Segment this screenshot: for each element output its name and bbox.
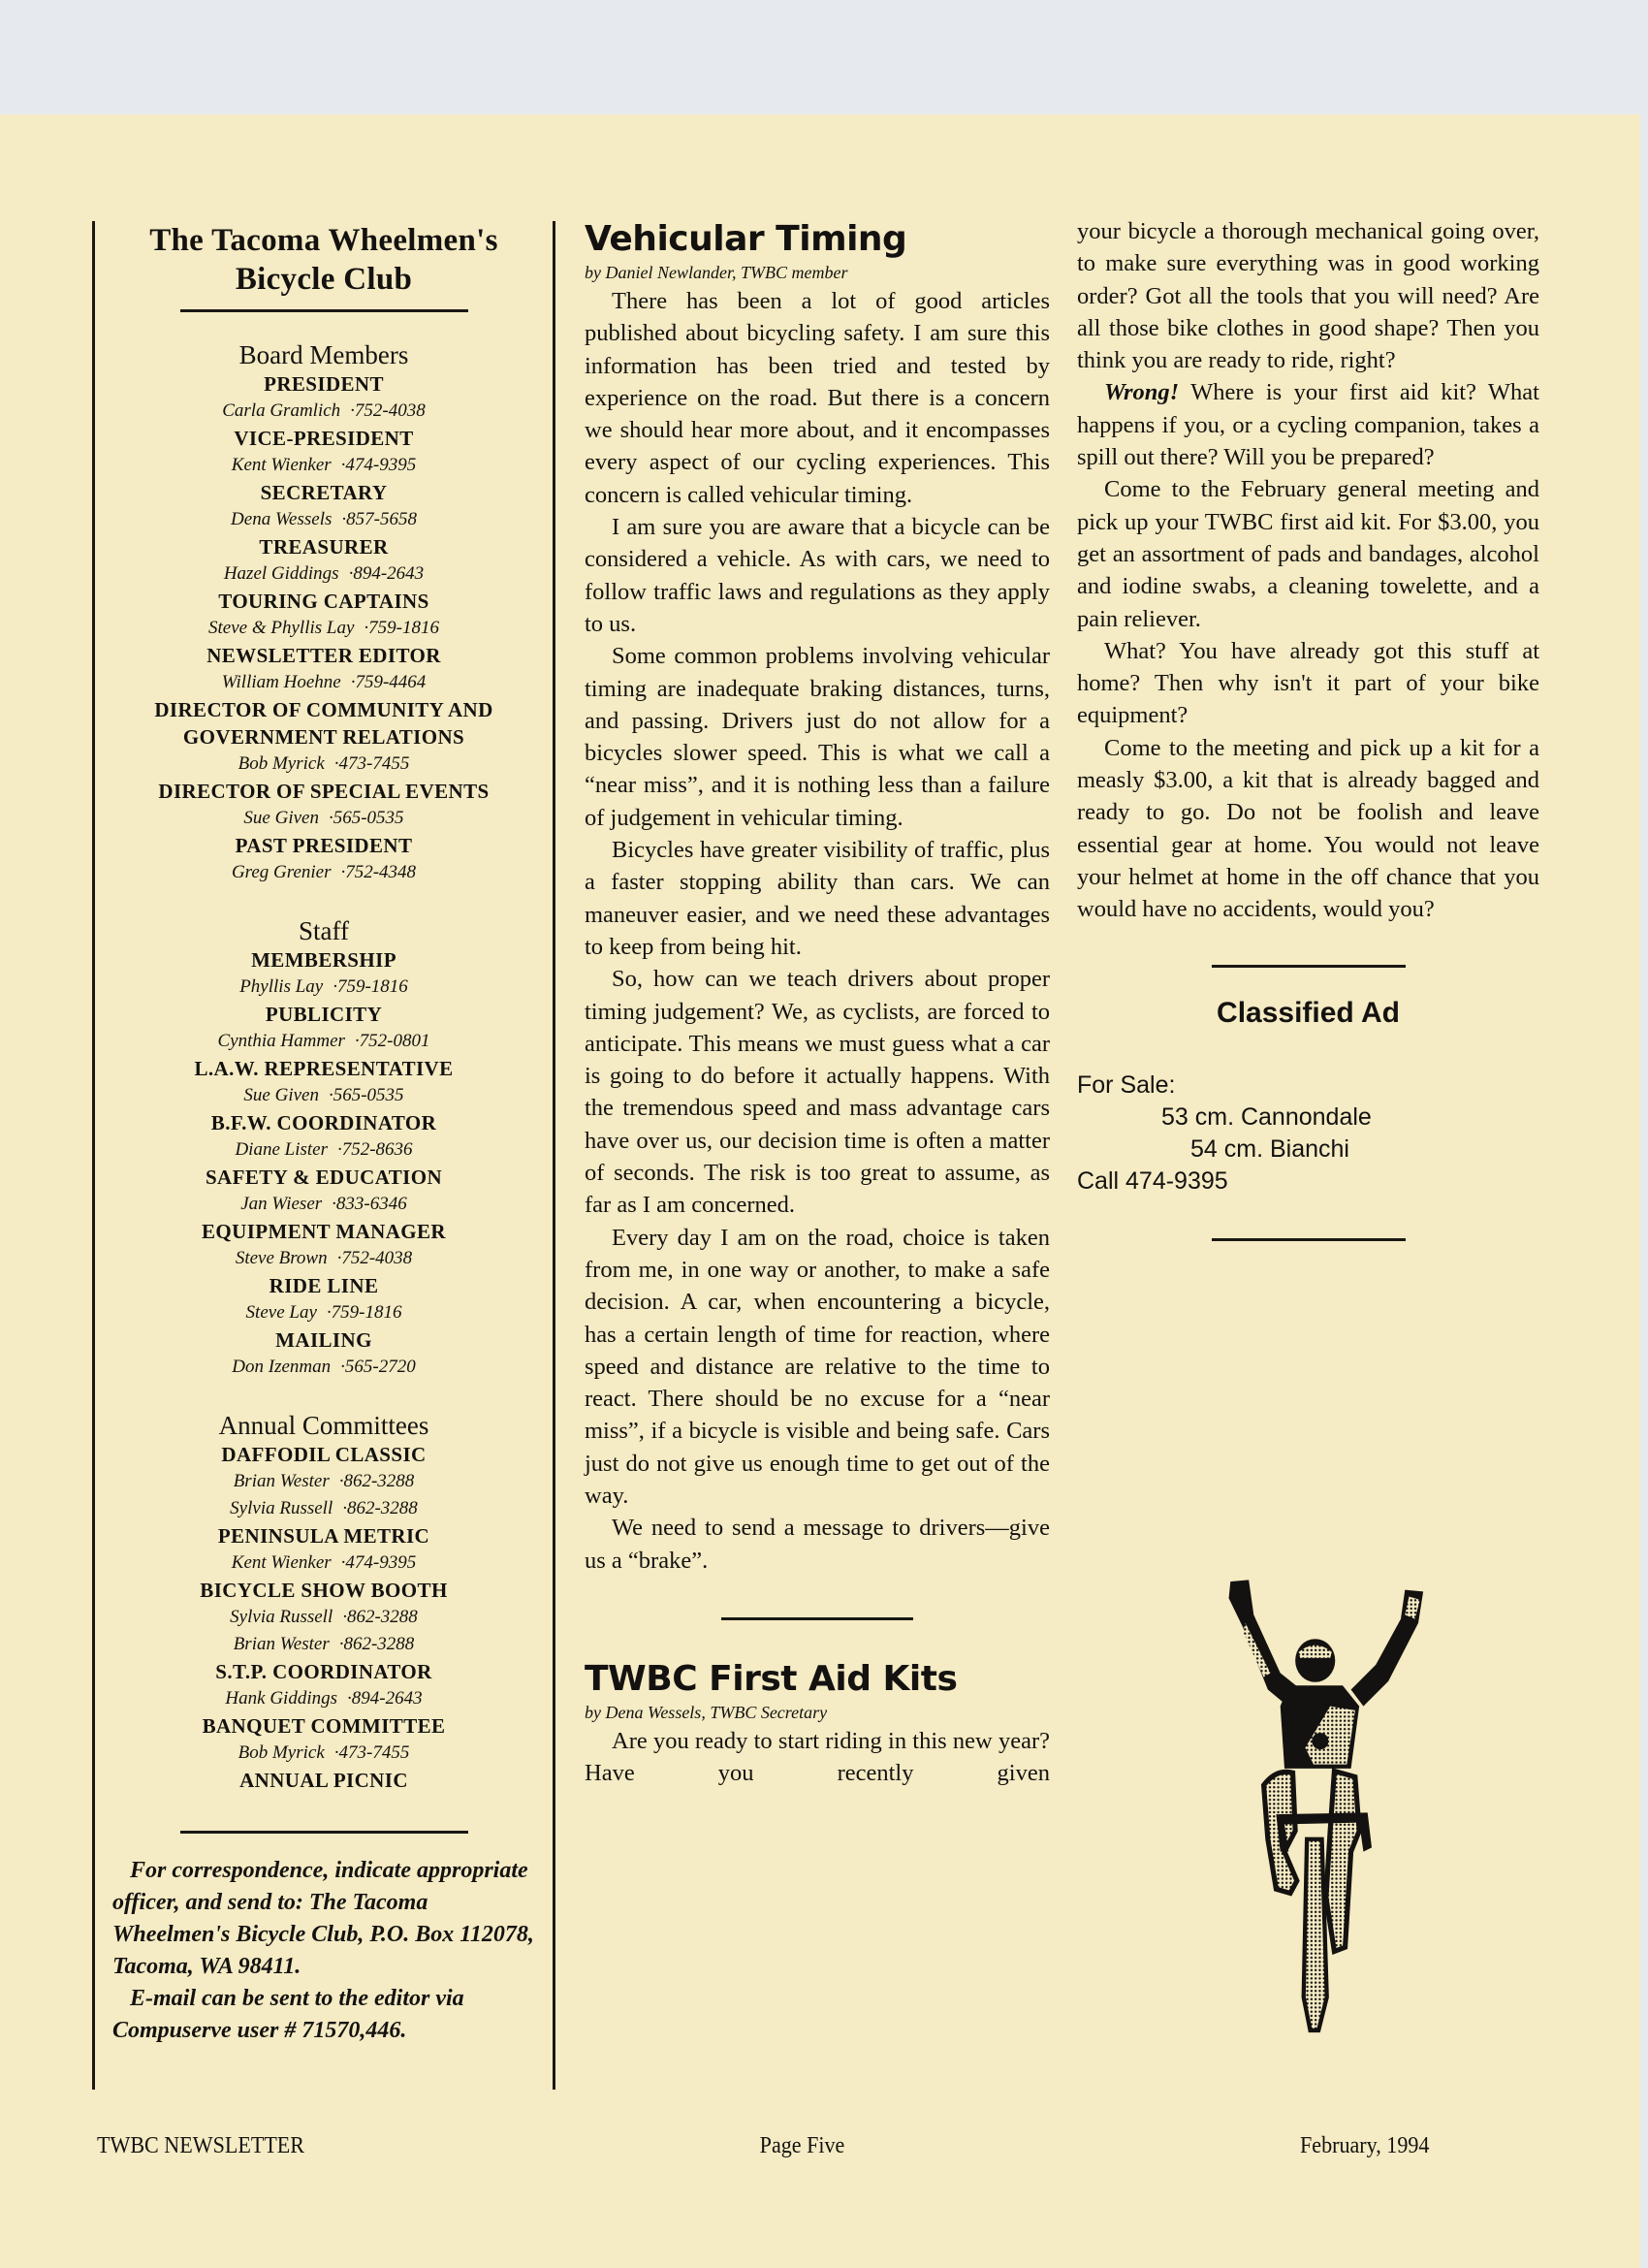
officer-phone: ·752-0801	[355, 1031, 430, 1051]
divider	[180, 1831, 468, 1834]
article-column-middle: Vehicular Timing by Daniel Newlander, TW…	[585, 219, 1050, 1789]
officer-contact: Bob Myrick·473-7455	[95, 1740, 553, 1767]
staff-heading: Staff	[95, 915, 553, 946]
officer-role: TOURING CAPTAINS	[95, 588, 553, 615]
officer-phone: ·862-3288	[342, 1607, 418, 1627]
officer-phone: ·752-4348	[340, 862, 416, 882]
officer-name: Kent Wienker	[232, 1552, 332, 1573]
article-paragraph: your bicycle a thorough mechanical going…	[1077, 215, 1539, 376]
divider	[721, 1617, 913, 1620]
officer-contact: Kent Wienker·474-9395	[95, 1549, 553, 1577]
divider	[180, 309, 468, 312]
classified-ad-body: For Sale: 53 cm. Cannondale 54 cm. Bianc…	[1077, 1070, 1539, 1198]
officer-name: Dena Wessels	[231, 509, 332, 529]
article-paragraph: Wrong! Where is your first aid kit? What…	[1077, 376, 1539, 473]
club-title: The Tacoma Wheelmen's Bicycle Club	[95, 221, 553, 299]
board-members-heading: Board Members	[95, 339, 553, 370]
officer-contact: Brian Wester·862-3288	[95, 1468, 553, 1495]
officer-name: Cynthia Hammer	[218, 1031, 345, 1051]
sale-item: 54 cm. Bianchi	[1077, 1134, 1539, 1166]
officer-phone: ·759-1816	[333, 976, 408, 997]
officer-role: TREASURER	[95, 533, 553, 560]
article-paragraph: I am sure you are aware that a bicycle c…	[585, 511, 1050, 640]
officer-role: PENINSULA METRIC	[95, 1522, 553, 1549]
officer-role: BANQUET COMMITTEE	[95, 1712, 553, 1740]
officer-role: DAFFODIL CLASSIC	[95, 1441, 553, 1468]
officer-role: EQUIPMENT MANAGER	[95, 1218, 553, 1245]
club-directory-sidebar: The Tacoma Wheelmen's Bicycle Club Board…	[92, 221, 555, 2090]
article-byline: by Daniel Newlander, TWBC member	[585, 262, 1050, 283]
officer-contact: Hazel Giddings·894-2643	[95, 560, 553, 588]
officer-contact: Hank Giddings·894-2643	[95, 1685, 553, 1712]
page-footer: TWBC NEWSLETTER Page Five February, 1994	[97, 2133, 1429, 2159]
officer-phone: ·474-9395	[341, 455, 417, 475]
board-members-group: Board Members PRESIDENTCarla Gramlich·75…	[95, 339, 553, 886]
officer-phone: ·752-4038	[337, 1248, 413, 1268]
officer-phone: ·565-0535	[329, 808, 404, 828]
officer-role: B.F.W. COORDINATOR	[95, 1109, 553, 1136]
article-byline: by Dena Wessels, TWBC Secretary	[585, 1702, 1050, 1723]
officer-contact: Carla Gramlich·752-4038	[95, 398, 553, 425]
officer-role: BICYCLE SHOW BOOTH	[95, 1577, 553, 1604]
officer-contact: Jan Wieser·833-6346	[95, 1191, 553, 1218]
annual-committees-heading: Annual Committees	[95, 1410, 553, 1441]
divider	[1212, 965, 1406, 968]
officer-contact: Greg Grenier·752-4348	[95, 859, 553, 886]
officer-name: William Hoehne	[222, 672, 341, 692]
correspondence-address: For correspondence, indicate appropriate…	[112, 1855, 543, 1983]
officer-phone: ·862-3288	[339, 1634, 415, 1654]
page-number: Page Five	[760, 2133, 845, 2159]
officer-contact: Steve Brown·752-4038	[95, 1245, 553, 1272]
officer-name: Bob Myrick	[238, 753, 325, 774]
officer-phone: ·833-6346	[332, 1194, 407, 1214]
officer-name: Carla Gramlich	[222, 400, 340, 421]
officer-contact: Phyllis Lay·759-1816	[95, 974, 553, 1001]
officer-role: PAST PRESIDENT	[95, 832, 553, 859]
officer-name: Kent Wienker	[232, 455, 332, 475]
cyclist-arms-raised-icon	[1197, 1537, 1430, 2075]
officer-name: Greg Grenier	[232, 862, 332, 882]
officer-phone: ·752-4038	[350, 400, 426, 421]
newsletter-name: TWBC NEWSLETTER	[97, 2133, 304, 2159]
officer-phone: ·759-4464	[351, 672, 427, 692]
officer-name: Hank Giddings	[225, 1688, 337, 1709]
officer-name: Sylvia Russell	[230, 1607, 333, 1627]
officer-contact: Sylvia Russell·862-3288	[95, 1604, 553, 1631]
officer-role: VICE-PRESIDENT	[95, 425, 553, 452]
article-paragraph: So, how can we teach drivers about prope…	[585, 963, 1050, 1221]
officer-role: RIDE LINE	[95, 1272, 553, 1299]
officer-contact: Kent Wienker·474-9395	[95, 452, 553, 479]
article-paragraph: Bicycles have greater visibility of traf…	[585, 834, 1050, 963]
contact-phone: Call 474-9395	[1077, 1166, 1539, 1198]
officer-phone: ·894-2643	[347, 1688, 423, 1709]
officer-phone: ·857-5658	[341, 509, 417, 529]
for-sale-label: For Sale:	[1077, 1070, 1539, 1102]
officer-role: SAFETY & EDUCATION	[95, 1164, 553, 1191]
officer-phone: ·862-3288	[339, 1471, 415, 1491]
classified-ad-title: Classified Ad	[1077, 997, 1539, 1029]
article-body-vehicular-timing: There has been a lot of good articles pu…	[585, 285, 1050, 1577]
officer-name: Steve & Phyllis Lay	[208, 618, 354, 638]
officer-name: Hazel Giddings	[224, 563, 339, 584]
officer-role: PRESIDENT	[95, 370, 553, 398]
officer-role: NEWSLETTER EDITOR	[95, 642, 553, 669]
officer-phone: ·473-7455	[334, 1742, 410, 1763]
article-column-right: your bicycle a thorough mechanical going…	[1077, 215, 1539, 1241]
article-paragraph: Every day I am on the road, choice is ta…	[585, 1222, 1050, 1513]
officer-contact: Cynthia Hammer·752-0801	[95, 1028, 553, 1055]
article-title-first-aid-kits: TWBC First Aid Kits	[585, 1659, 1050, 1700]
officer-phone: ·862-3288	[342, 1498, 418, 1518]
staff-group: Staff MEMBERSHIPPhyllis Lay·759-1816PUBL…	[95, 915, 553, 1381]
annual-committees-group: Annual Committees DAFFODIL CLASSICBrian …	[95, 1410, 553, 1794]
officer-phone: ·474-9395	[341, 1552, 417, 1573]
officer-role: MEMBERSHIP	[95, 946, 553, 974]
officer-phone: ·565-2720	[340, 1357, 416, 1377]
article-paragraph: Come to the meeting and pick up a kit fo…	[1077, 732, 1539, 926]
officer-contact: Diane Lister·752-8636	[95, 1136, 553, 1164]
officer-contact: Bob Myrick·473-7455	[95, 751, 553, 778]
officer-name: Brian Wester	[234, 1634, 330, 1654]
officer-phone: ·759-1816	[364, 618, 439, 638]
officer-name: Steve Lay	[246, 1302, 317, 1323]
officer-role: S.T.P. COORDINATOR	[95, 1658, 553, 1685]
officer-contact: Brian Wester·862-3288	[95, 1631, 553, 1658]
officer-role: SECRETARY	[95, 479, 553, 506]
sale-item: 53 cm. Cannondale	[1077, 1102, 1539, 1134]
article-paragraph: Some common problems involving vehicular…	[585, 640, 1050, 834]
officer-name: Jan Wieser	[240, 1194, 322, 1214]
officer-name: Sue Given	[243, 1085, 319, 1105]
officer-name: Bob Myrick	[238, 1742, 325, 1763]
officer-phone: ·759-1816	[327, 1302, 402, 1323]
officer-name: Diane Lister	[235, 1139, 328, 1160]
officer-phone: ·473-7455	[334, 753, 410, 774]
issue-date: February, 1994	[1300, 2133, 1429, 2159]
article-paragraph: There has been a lot of good articles pu…	[585, 285, 1050, 511]
officer-contact: Sue Given·565-0535	[95, 805, 553, 832]
officer-name: Phyllis Lay	[239, 976, 323, 997]
officer-contact: Steve Lay·759-1816	[95, 1299, 553, 1326]
article-paragraph: Come to the February general meeting and…	[1077, 473, 1539, 634]
article-paragraph: What? You have already got this stuff at…	[1077, 635, 1539, 732]
divider	[1212, 1238, 1406, 1241]
article-paragraph: Are you ready to start riding in this ne…	[585, 1725, 1050, 1790]
officer-phone: ·565-0535	[329, 1085, 404, 1105]
correspondence-email: E-mail can be sent to the editor via Com…	[112, 1983, 543, 2047]
officer-role: L.A.W. REPRESENTATIVE	[95, 1055, 553, 1082]
officer-contact: Sue Given·565-0535	[95, 1082, 553, 1109]
officer-contact: Steve & Phyllis Lay·759-1816	[95, 615, 553, 642]
officer-contact: Don Izenman·565-2720	[95, 1354, 553, 1381]
officer-name: Brian Wester	[234, 1471, 330, 1491]
officer-phone: ·752-8636	[337, 1139, 413, 1160]
officer-role: PUBLICITY	[95, 1001, 553, 1028]
officer-role: DIRECTOR OF SPECIAL EVENTS	[95, 778, 553, 805]
officer-role: DIRECTOR OF COMMUNITY AND GOVERNMENT REL…	[95, 696, 553, 751]
officer-name: Sylvia Russell	[230, 1498, 333, 1518]
officer-name: Sue Given	[243, 808, 319, 828]
article-title-vehicular-timing: Vehicular Timing	[585, 219, 1050, 260]
officer-name: Steve Brown	[236, 1248, 328, 1268]
officer-role: MAILING	[95, 1326, 553, 1354]
correspondence-note: For correspondence, indicate appropriate…	[95, 1855, 553, 2047]
officer-contact: Dena Wessels·857-5658	[95, 506, 553, 533]
emphasis-wrong: Wrong!	[1104, 379, 1179, 405]
officer-contact: William Hoehne·759-4464	[95, 669, 553, 696]
article-paragraph: We need to send a message to drivers—giv…	[585, 1512, 1050, 1577]
officer-phone: ·894-2643	[349, 563, 425, 584]
officer-name: Don Izenman	[232, 1357, 331, 1377]
officer-contact: Sylvia Russell·862-3288	[95, 1495, 553, 1522]
officer-role: ANNUAL PICNIC	[95, 1767, 553, 1794]
